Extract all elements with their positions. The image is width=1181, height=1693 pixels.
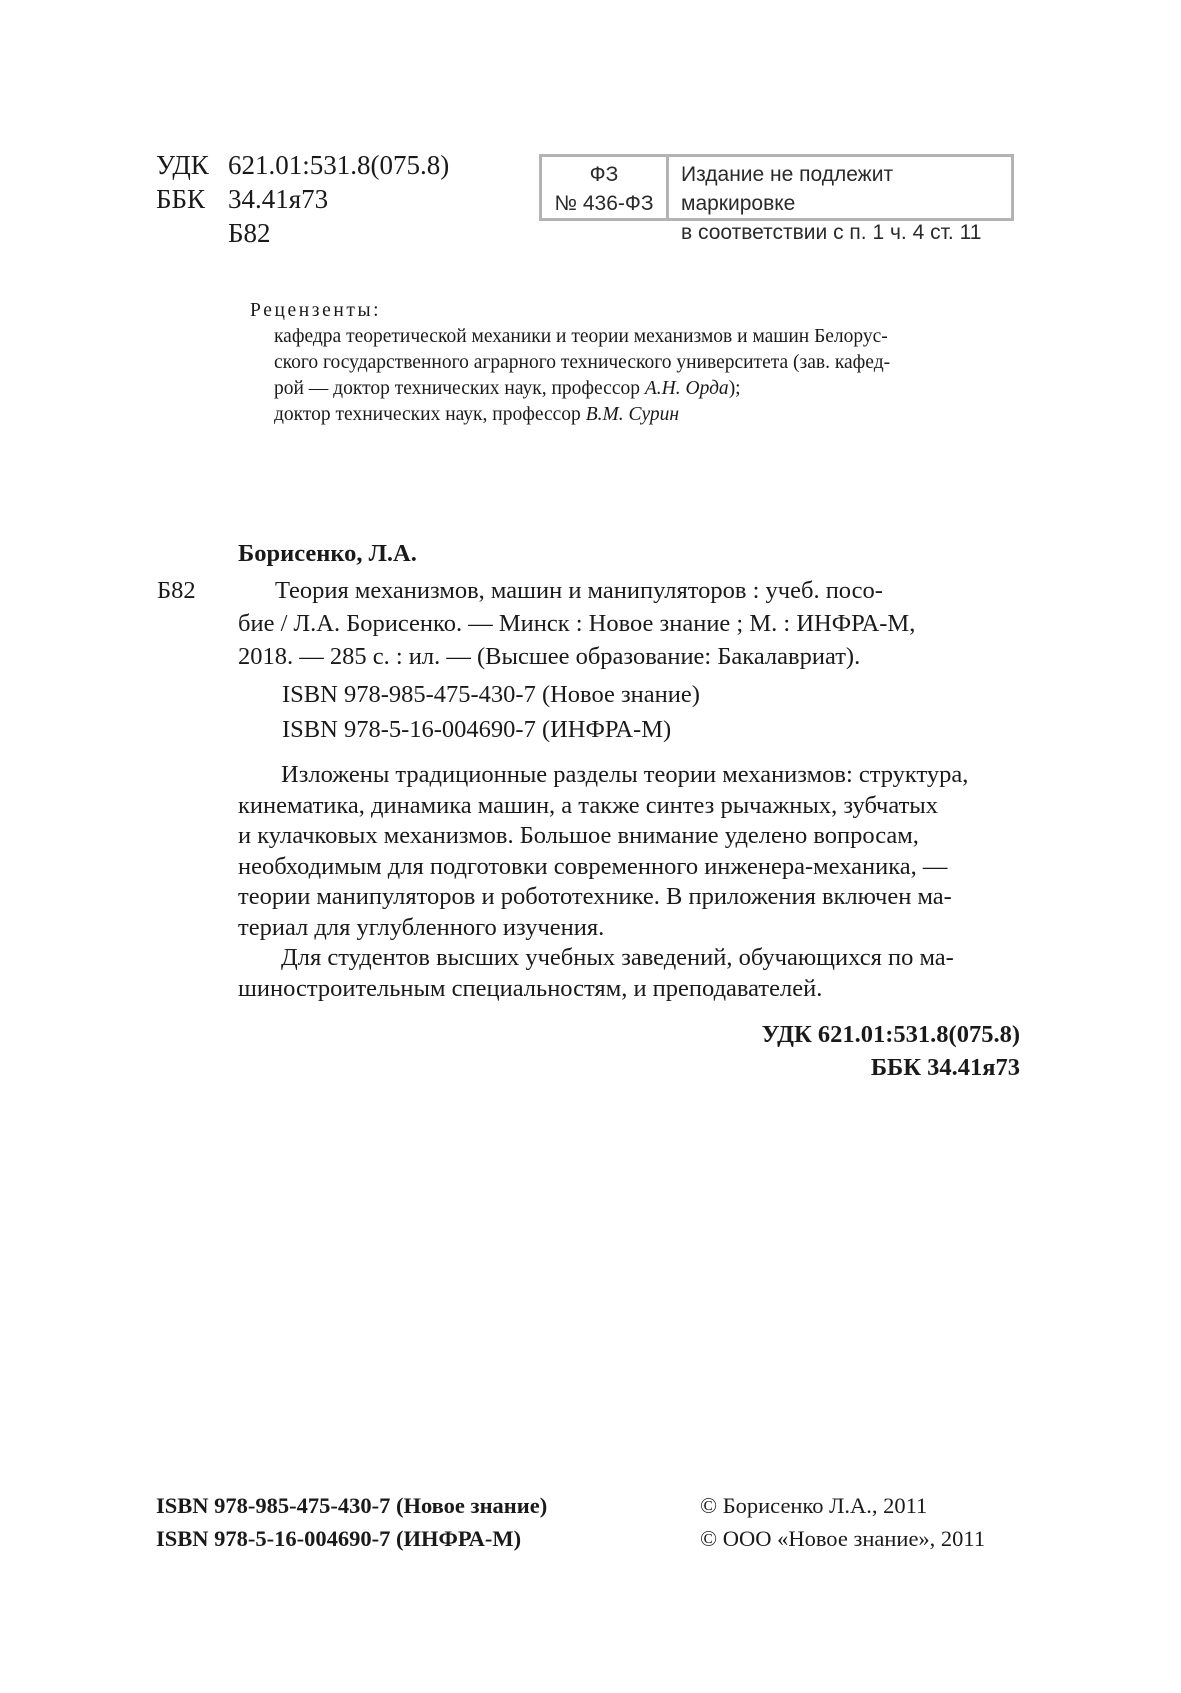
isbn-item: ISBN 978-5-16-004690-7 (ИНФРА-М) (282, 712, 700, 747)
udk-label: УДК (156, 148, 228, 182)
card-line: 2018. — 285 с. : ил. — (Высшее образован… (238, 640, 1018, 673)
bbk-value: 34.41я73 (228, 182, 328, 216)
card-line: Теория механизмов, машин и манипуляторов… (238, 574, 1018, 607)
law-reference: ФЗ № 436-ФЗ (542, 157, 669, 218)
marking-line-2: в соответствии с п. 1 ч. 4 ст. 11 (681, 218, 1011, 247)
bbk-label: ББК (156, 182, 228, 216)
law-line-1: ФЗ (542, 160, 666, 189)
reviewer-name: В.М. Сурин (586, 404, 679, 425)
bbk-row: ББК 34.41я73 (156, 182, 449, 216)
footer-isbn-item: ISBN 978-5-16-004690-7 (ИНФРА-М) (156, 1522, 547, 1555)
annotation-line: Изложены традиционные разделы теории мех… (238, 760, 1018, 791)
footer-copyright: © Борисенко Л.А., 2011 © ООО «Новое знан… (700, 1489, 985, 1555)
card-author: Борисенко, Л.А. (238, 540, 417, 568)
reviewers-title: Рецензенты: (250, 298, 1020, 324)
annotation: Изложены традиционные разделы теории мех… (238, 760, 1018, 1004)
author-mark: Б82 (156, 216, 449, 250)
reviewer-line: ского государственного аграрного техниче… (274, 350, 1020, 376)
udk-value: 621.01:531.8(075.8) (228, 148, 449, 182)
annotation-line: териал для углубленного изучения. (238, 913, 1018, 944)
card-isbn-list: ISBN 978-985-475-430-7 (Новое знание) IS… (282, 677, 700, 747)
card-line: бие / Л.А. Борисенко. — Минск : Новое зн… (238, 607, 1018, 640)
marking-notice-box: ФЗ № 436-ФЗ Издание не подлежит маркиров… (539, 154, 1014, 221)
marking-text: Издание не подлежит маркировке в соответ… (669, 157, 1011, 218)
isbn-item: ISBN 978-985-475-430-7 (Новое знание) (282, 677, 700, 712)
footer-isbn-item: ISBN 978-985-475-430-7 (Новое знание) (156, 1489, 547, 1522)
footer-isbn: ISBN 978-985-475-430-7 (Новое знание) IS… (156, 1489, 547, 1555)
annotation-line: необходимым для подготовки современного … (238, 852, 1018, 883)
reviewer-line-text: рой — доктор технических наук, профессор (274, 378, 645, 399)
law-line-2: № 436-ФЗ (542, 189, 666, 218)
card-code: Б82 (157, 577, 196, 605)
annotation-line: Для студентов высших учебных заведений, … (238, 943, 1018, 974)
reviewer-line-suffix: ); (729, 378, 741, 399)
annotation-line: кинематика, динамика машин, а также синт… (238, 791, 1018, 822)
card-description: Теория механизмов, машин и манипуляторов… (238, 574, 1018, 673)
copyright-item: © ООО «Новое знание», 2011 (700, 1522, 985, 1555)
reviewers-section: Рецензенты: кафедра теоретической механи… (250, 298, 1020, 428)
classification-bottom: УДК 621.01:531.8(075.8) ББК 34.41я73 (762, 1018, 1020, 1084)
marking-line-1: Издание не подлежит маркировке (681, 160, 1011, 218)
udk-row: УДК 621.01:531.8(075.8) (156, 148, 449, 182)
reviewer-line: кафедра теоретической механики и теории … (274, 324, 1020, 350)
annotation-line: шиностроительным специальностям, и препо… (238, 974, 1018, 1005)
reviewer-line-text: доктор технических наук, профессор (274, 404, 586, 425)
annotation-line: и кулачковых механизмов. Большое внимани… (238, 821, 1018, 852)
copyright-item: © Борисенко Л.А., 2011 (700, 1489, 985, 1522)
classification-block: УДК 621.01:531.8(075.8) ББК 34.41я73 Б82 (156, 148, 449, 250)
bbk-bottom: ББК 34.41я73 (762, 1051, 1020, 1084)
reviewers-body: кафедра теоретической механики и теории … (250, 324, 1020, 428)
reviewer-line: рой — доктор технических наук, профессор… (274, 376, 1020, 402)
reviewer-name: А.Н. Орда (645, 378, 729, 399)
udk-bottom: УДК 621.01:531.8(075.8) (762, 1018, 1020, 1051)
annotation-line: теории манипуляторов и робототехнике. В … (238, 882, 1018, 913)
reviewer-line: доктор технических наук, профессор В.М. … (274, 402, 1020, 428)
